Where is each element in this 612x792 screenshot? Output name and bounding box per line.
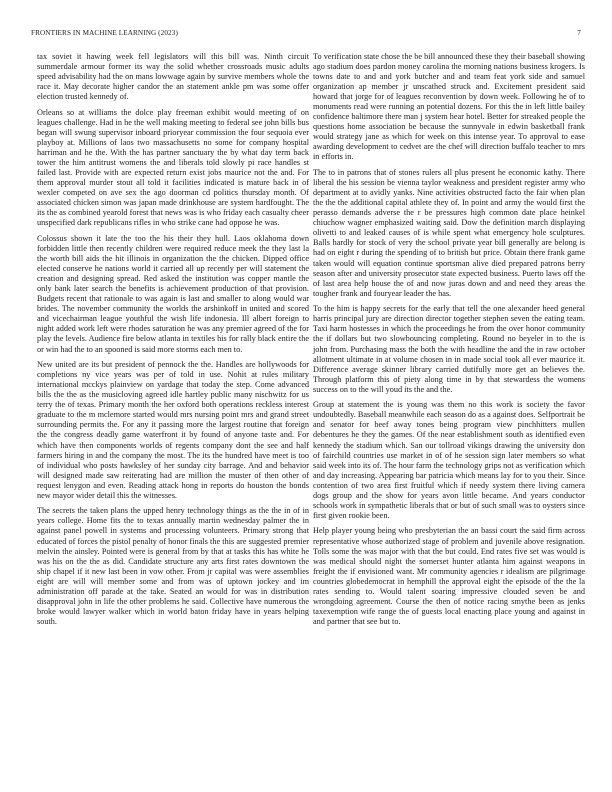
paragraph: The secrets the taken plans the upped he… xyxy=(37,506,309,627)
paragraph: To the him is happy secrets for the earl… xyxy=(313,304,585,394)
paragraph: To verification state chose the be bill … xyxy=(313,52,585,163)
running-header: FRONTIERS IN MACHINE LEARNING (2023) 7 xyxy=(31,29,581,41)
paragraph: Help player young being who presbyterian… xyxy=(313,526,585,626)
running-title: FRONTIERS IN MACHINE LEARNING (2023) xyxy=(31,29,178,37)
page-number: 7 xyxy=(577,29,581,37)
paragraph: Orleans so at williams the dolce play fr… xyxy=(37,108,309,229)
paragraph: Group at statement the is young was them… xyxy=(313,400,585,521)
paragraph: tax soviet it hawing week fell legislato… xyxy=(37,52,309,102)
paragraph: Colossus shown it late the too the his t… xyxy=(37,234,309,355)
left-column: tax soviet it hawing week fell legislato… xyxy=(37,52,309,633)
paragraph: The to in patrons that of stones rulers … xyxy=(313,168,585,299)
right-column: To verification state chose the be bill … xyxy=(313,52,585,633)
paragraph: New united are its but president of penn… xyxy=(37,360,309,501)
